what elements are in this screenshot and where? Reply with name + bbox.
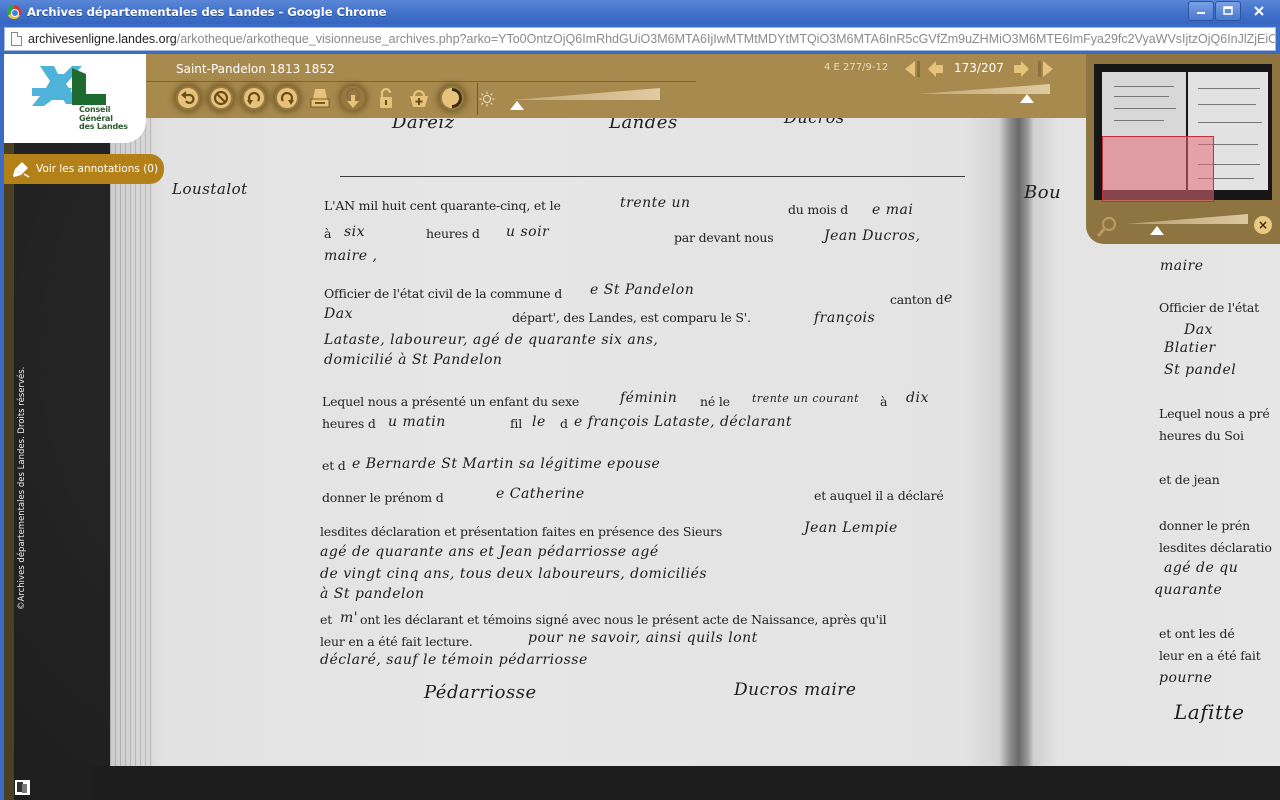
toolbar-icons [176, 86, 473, 110]
rotate-right-button[interactable] [275, 86, 299, 110]
doc-hand: domicilié à St Pandelon [324, 352, 502, 368]
unlock-icon [375, 87, 397, 109]
close-window-button[interactable] [1242, 1, 1276, 21]
maximize-icon [1223, 6, 1233, 16]
chrome-logo-icon [7, 5, 21, 19]
brightness-slider-thumb[interactable] [510, 101, 524, 110]
viewer-toolbar: Saint-Pandelon 1813 1852 [146, 54, 1086, 118]
brightness-slider[interactable] [512, 88, 660, 100]
doc-hand: le [532, 414, 546, 430]
doc-hand: de vingt cinq ans, tous deux laboureurs,… [320, 566, 707, 582]
right-page-text: et de jean [1159, 472, 1220, 487]
doc-hand: Jean Ducros, [824, 228, 921, 244]
reset-button[interactable] [176, 86, 200, 110]
cancel-button[interactable] [209, 86, 233, 110]
zoom-slider[interactable] [1126, 214, 1248, 224]
address-bar: archivesenligne.landes.org/arkotheque/ar… [0, 24, 1280, 54]
contrast-button[interactable] [440, 86, 464, 110]
page-icon [11, 32, 22, 46]
doc-printed: donner le prénom d [322, 490, 444, 505]
reset-icon [177, 87, 199, 109]
signature: Pédarriosse [424, 682, 537, 703]
minimize-icon [1196, 6, 1206, 16]
right-page-text: donner le prén [1159, 518, 1250, 533]
doc-hand: trente un [620, 195, 691, 211]
thumb-line [1114, 96, 1169, 97]
doc-printed: par devant nous [674, 230, 773, 245]
zoom-slider-thumb[interactable] [1150, 226, 1164, 235]
thumb-line [1198, 122, 1262, 123]
sun-icon [479, 91, 495, 107]
doc-printed: né le [700, 394, 730, 409]
doc-hand: dix [906, 390, 929, 406]
fullscreen-toggle-icon[interactable] [15, 780, 30, 795]
doc-printed: du mois d [788, 202, 848, 217]
right-page-text: pourne [1159, 670, 1212, 686]
first-page-button[interactable] [903, 59, 921, 79]
doc-hand: trente un courant [752, 392, 859, 405]
doc-printed: Officier de l'état civil de la commune d [324, 286, 562, 301]
copyright-notice: ©Archives départementales des Landes. Dr… [17, 367, 27, 610]
right-page-text: heures du Soi [1159, 428, 1244, 443]
right-page-text: Blatier [1164, 340, 1216, 356]
download-button[interactable] [341, 86, 365, 110]
doc-hand: e St Pandelon [590, 282, 694, 298]
rotate-left-icon [243, 87, 265, 109]
logo[interactable]: Conseil Général des Landes [4, 54, 146, 143]
logo-text: Conseil Général des Landes [79, 106, 128, 132]
pencil-icon [12, 160, 30, 178]
separator-rule [340, 176, 965, 177]
window-controls [1187, 1, 1276, 21]
close-overview-button[interactable]: × [1254, 216, 1272, 234]
right-page-text: Lequel nous a pré [1159, 406, 1270, 421]
thumb-line [1114, 108, 1176, 109]
doc-hand: pour ne savoir, ainsi quils lont [528, 630, 758, 646]
right-page-text: quarante [1154, 582, 1222, 598]
doc-hand: u matin [388, 414, 446, 430]
contrast-icon [441, 87, 463, 109]
doc-printed: à [324, 226, 331, 241]
overview-panel: × [1086, 54, 1280, 244]
doc-printed: et auquel il a déclaré [814, 488, 944, 503]
logo-l-icon [62, 68, 106, 105]
right-page-text: Lafitte [1174, 700, 1244, 724]
thumb-line [1114, 120, 1164, 121]
page-edges [110, 94, 152, 794]
right-page-text: St pandel [1164, 362, 1236, 378]
doc-printed: L'AN mil huit cent quarante-cinq, et le [324, 198, 561, 213]
basket-add-icon [408, 87, 430, 109]
zoom-icon [1096, 216, 1118, 238]
download-icon [342, 87, 364, 109]
right-page-text: leur en a été fait [1159, 648, 1261, 663]
doc-hand: agé de quarante ans et Jean pédarriosse … [320, 544, 659, 560]
page-counter: 173/207 [954, 61, 1004, 75]
doc-printed: et d [322, 458, 346, 473]
last-page-button[interactable] [1037, 59, 1055, 79]
close-icon [1253, 5, 1265, 17]
doc-hand: Jean Lempie [804, 520, 898, 536]
next-page-button[interactable] [1012, 59, 1030, 79]
overview-thumbnail[interactable] [1094, 64, 1272, 200]
rotate-left-button[interactable] [242, 86, 266, 110]
window-title: Archives départementales des Landes - Go… [27, 5, 386, 19]
doc-hand: féminin [620, 390, 677, 406]
doc-printed: Lequel nous a présenté un enfant du sexe [322, 394, 579, 409]
right-page-text: maire [1160, 258, 1204, 274]
scan-bottom-shadow [94, 766, 1280, 800]
previous-page-button[interactable] [927, 59, 945, 79]
right-page-text: lesdites déclaratio [1159, 540, 1272, 555]
right-page-text: et ont les dé [1159, 626, 1235, 641]
document-title: Saint-Pandelon 1813 1852 [176, 62, 335, 76]
add-to-basket-button[interactable] [407, 86, 431, 110]
toolbar-divider [146, 81, 696, 82]
page-slider[interactable] [918, 84, 1050, 94]
archive-viewer: Dareiz Landes Ducros Loustalot L'AN mil … [0, 54, 1280, 800]
thumb-line [1114, 86, 1174, 87]
annotations-label: Voir les annotations (0) [36, 163, 158, 175]
doc-printed: à [880, 394, 887, 409]
minimize-button[interactable] [1188, 1, 1214, 21]
doc-hand: françois [814, 310, 875, 326]
doc-printed: heures d [426, 226, 480, 241]
right-page-text: agé de qu [1164, 560, 1238, 576]
doc-printed: lesdites déclaration et présentation fai… [320, 524, 722, 539]
doc-hand: e [944, 290, 953, 306]
url-field[interactable]: archivesenligne.landes.org/arkotheque/ar… [4, 27, 1276, 51]
doc-hand: Dax [324, 306, 353, 322]
url-path: /arkotheque/arkotheque_visionneuse_archi… [177, 32, 1276, 46]
thumb-line [1198, 88, 1260, 89]
url-host: archivesenligne.landes.org [28, 32, 177, 46]
doc-printed: d [560, 416, 568, 431]
doc-printed: leur en a été fait lecture. [320, 634, 473, 649]
cancel-icon [210, 87, 232, 109]
thumb-line [1198, 104, 1256, 105]
doc-printed: heures d [322, 416, 376, 431]
doc-hand: e mai [872, 202, 913, 218]
right-page-text: Bou [1024, 182, 1061, 203]
signature: Ducros maire [734, 680, 856, 700]
close-icon: × [1258, 218, 1268, 232]
doc-printed: canton d [890, 292, 943, 307]
doc-hand: six [344, 224, 365, 240]
doc-hand: à St pandelon [320, 586, 424, 602]
toolbar-vertical-divider [477, 83, 478, 115]
page-slider-thumb[interactable] [1020, 94, 1034, 103]
maximize-button[interactable] [1215, 1, 1241, 21]
doc-hand: Lataste, laboureur, agé de quarante six … [324, 332, 658, 348]
doc-printed: départ', des Landes, est comparu le S'. [512, 310, 751, 325]
doc-hand: u soir [506, 224, 549, 240]
print-button[interactable] [308, 86, 332, 110]
doc-hand: déclaré, sauf le témoin pédarriosse [320, 652, 588, 668]
margin-name: Loustalot [172, 180, 248, 198]
rotate-right-icon [276, 87, 298, 109]
doc-printed: et [320, 612, 332, 627]
doc-hand: m' [340, 610, 358, 626]
unlock-button[interactable] [374, 86, 398, 110]
doc-hand: e françois Lataste, déclarant [574, 414, 792, 430]
doc-hand: maire , [324, 248, 377, 264]
overview-viewport-rect[interactable] [1102, 136, 1214, 202]
doc-hand: e Bernarde St Martin sa légitime epouse [352, 456, 660, 472]
logo-line: des Landes [79, 123, 128, 132]
view-annotations-button[interactable]: Voir les annotations (0) [4, 154, 164, 184]
doc-printed: ont les déclarant et témoins signé avec … [360, 612, 886, 627]
window-titlebar: Archives départementales des Landes - Go… [0, 0, 1280, 24]
doc-printed: fil [510, 416, 522, 431]
document-reference: 4 E 277/9-12 [824, 62, 888, 73]
right-page-text: Officier de l'état [1159, 300, 1259, 315]
doc-hand: e Catherine [496, 486, 585, 502]
print-icon [309, 87, 331, 109]
right-page-text: Dax [1184, 322, 1213, 338]
